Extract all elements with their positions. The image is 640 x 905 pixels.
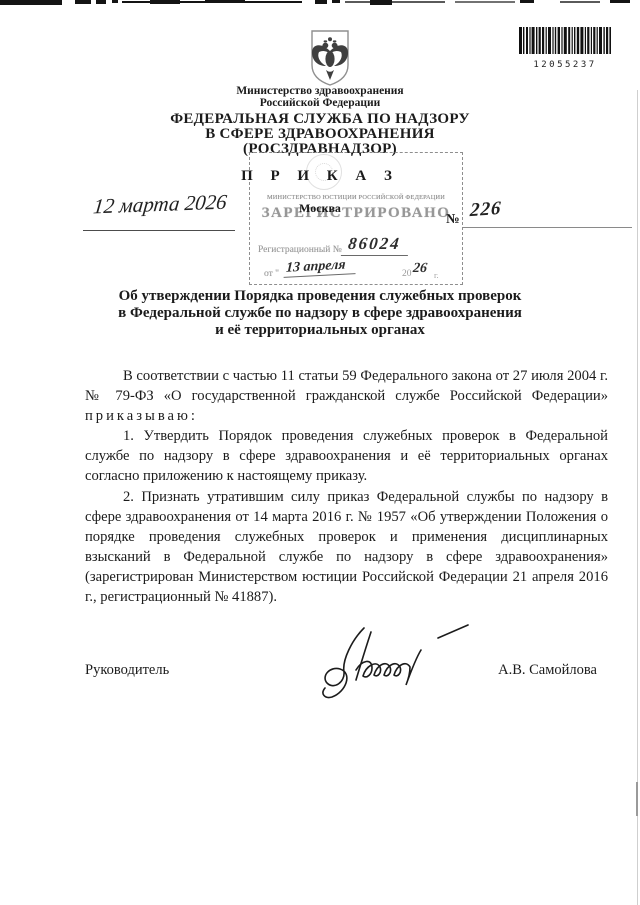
stamp-reg-number-label: Регистрационный № [258,245,342,255]
preamble-text: В соответствии с частью 11 статьи 59 Фед… [85,368,608,404]
signer-name: А.В. Самойлова [498,662,597,679]
stamp-authority-line: МИНИСТЕРСТВО ЮСТИЦИИ РОССИЙСКОЙ ФЕДЕРАЦИ… [250,194,462,201]
signature-scribble [318,612,483,717]
paragraph-item-2: 2. Признать утратившим силу приказ Федер… [85,487,608,608]
stamp-date-handwritten: 13 апреля [284,257,356,278]
document-title-line2: в Федеральной службе по надзору в сфере … [40,305,600,322]
order-number-handwritten: 226 [469,198,502,222]
order-number-underline [462,227,632,228]
document-title-line1: Об утверждении Порядка проведения служеб… [40,288,600,305]
order-date-underline [83,230,235,231]
document-title: Об утверждении Порядка проведения служеб… [40,288,600,339]
ministry-name-line2: Российской Федерации [0,98,640,110]
order-number-sign: № [446,211,460,227]
prikazyvayu-emphasis: приказываю: [85,408,198,424]
scanned-order-page: 12055237 Министерство здравоохранения Ро… [0,0,640,905]
doc-type-title: П Р И К А З [0,168,640,185]
stamp-year-suffix: г. [434,270,439,280]
ministry-name-line1: Министерство здравоохранения [0,86,640,98]
paragraph-preamble: В соответствии с частью 11 статьи 59 Фед… [85,366,608,426]
stamp-date-prefix: от " [264,269,279,279]
stamp-year-prefix: 20 [402,269,412,279]
barcode-number: 12055237 [517,60,613,70]
stamp-year-handwritten: 26 [412,261,428,277]
signer-position-label: Руководитель [85,662,169,679]
coat-of-arms-emblem [303,27,357,94]
stamp-reg-number-handwritten: 86024 [341,234,410,256]
document-body: В соответствии с частью 11 статьи 59 Фед… [85,366,608,607]
document-title-line3: и её территориальных органах [40,322,600,339]
paragraph-item-1: 1. Утвердить Порядок проведения служебны… [85,426,608,486]
scan-edge-mark [636,782,638,816]
barcode-bars [519,27,611,54]
barcode: 12055237 [517,27,613,70]
